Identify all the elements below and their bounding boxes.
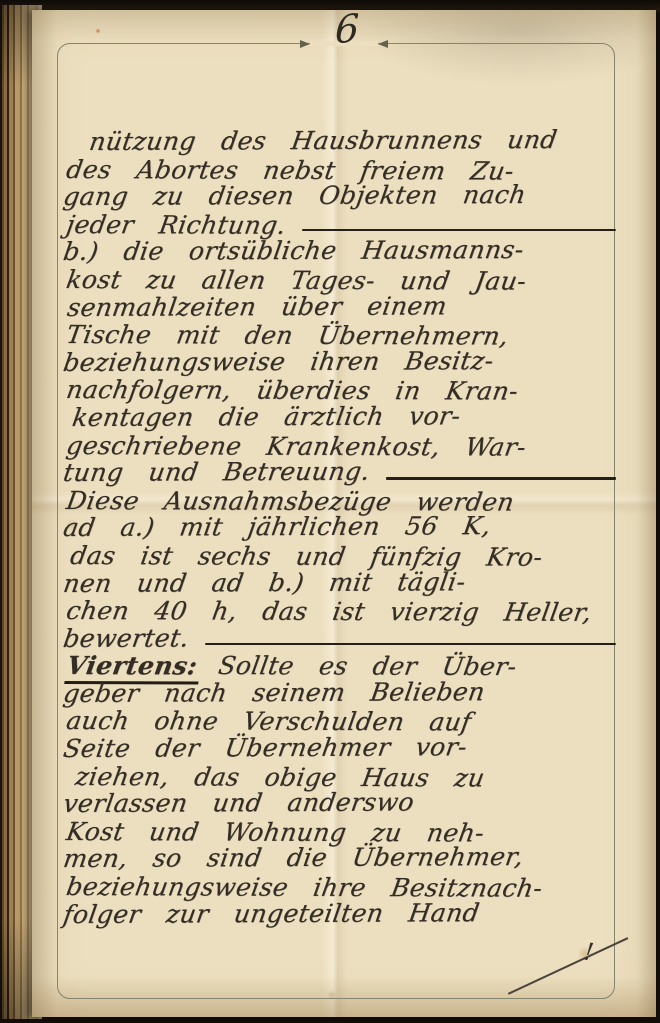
handwritten-line-text: men, so sind die Übernehmer, [61, 843, 525, 873]
handwritten-line-text: ad a.) mit jährlichen 56 K, [61, 512, 492, 541]
handwritten-line: b.) die ortsübliche Hausmanns- [62, 238, 616, 266]
handwritten-line: kentagen die ärztlich vor- [71, 404, 616, 432]
handwritten-line-text: verlassen und anderswo [61, 789, 416, 818]
arrow-right-icon [300, 40, 310, 48]
handwritten-line: jeder Richtung. [65, 211, 616, 239]
handwritten-line: Seite der Übernehmer vor- [62, 735, 616, 763]
handwritten-line-text: kost zu allen Tages- und Jau- [64, 266, 528, 295]
handwritten-line: verlassen und anderswo [62, 790, 616, 818]
manuscript-paper: 6 nützung des Hausbrunnens unddes Aborte… [32, 10, 656, 1017]
handwritten-line-text: folger zur ungeteilten Hand [61, 899, 481, 928]
handwritten-line: auch ohne Verschulden auf [65, 707, 616, 735]
handwritten-line: Diese Ausnahmsbezüge werden [65, 487, 616, 515]
handwritten-line: geber nach seinem Belieben [62, 680, 616, 708]
handwritten-line: des Abortes nebst freiem Zu- [65, 156, 616, 184]
handwritten-line: men, so sind die Übernehmer, [62, 845, 616, 873]
inked-rule [386, 477, 616, 480]
handwritten-line: folger zur ungeteilten Hand [62, 901, 616, 929]
handwritten-line-text: das ist sechs und fünfzig Kro- [68, 542, 544, 571]
handwritten-line: beziehungsweise ihre Besitznach- [65, 873, 616, 901]
page-number: 6 [334, 9, 359, 50]
handwritten-line: tung und Betreuung. [62, 459, 616, 487]
handwritten-line: Tische mit den Übernehmern, [65, 321, 616, 349]
inked-rule [205, 643, 616, 646]
handwritten-line-text: geber nach seinem Belieben [61, 678, 487, 707]
handwritten-line: ad a.) mit jährlichen 56 K, [62, 514, 616, 542]
handwritten-line: bewertet. [62, 625, 616, 653]
handwritten-line: senmahlzeiten über einem [66, 294, 616, 322]
handwritten-line: geschriebene Krankenkost, War- [65, 432, 616, 460]
handwritten-line-text: senmahlzeiten über einem [65, 292, 449, 321]
inked-rule [302, 229, 616, 232]
handwritten-line: ziehen, das obige Haus zu [74, 763, 616, 791]
handwritten-line: das ist sechs und fünfzig Kro- [69, 542, 616, 570]
handwritten-line: beziehungsweise ihren Besitz- [62, 349, 616, 377]
handwritten-line-text: kentagen die ärztlich vor- [70, 402, 462, 431]
handwritten-line: nen und ad b.) mit tägli- [62, 570, 616, 598]
handwritten-line-text: tung und Betreuung. [61, 458, 372, 487]
handwritten-line: nachfolgern, überdies in Kran- [65, 376, 616, 404]
handwritten-line-text: b.) die ortsübliche Hausmanns- [61, 236, 526, 266]
handwritten-line: kost zu allen Tages- und Jau- [65, 266, 616, 294]
handwritten-line-text: nützung des Hausbrunnens und [87, 126, 559, 156]
handwritten-line: Kost und Wohnung zu neh- [65, 818, 616, 846]
handwritten-line-text: beziehungsweise ihren Besitz- [61, 347, 495, 376]
handwritten-line-text: nen und ad b.) mit tägli- [61, 568, 467, 597]
handwritten-line: Viertens:Sollte es der Über- [65, 652, 616, 680]
handwritten-line: chen 40 h, das ist vierzig Heller, [65, 597, 616, 625]
handwritten-line-text: jeder Richtung. [64, 211, 288, 239]
handwritten-line: gang zu diesen Objekten nach [62, 183, 616, 211]
arrow-left-icon [378, 40, 388, 48]
handwritten-line-text: gang zu diesen Objekten nach [61, 181, 528, 211]
handwritten-line: nützung des Hausbrunnens und [88, 128, 616, 156]
handwritten-line-text: Seite der Übernehmer vor- [61, 733, 469, 762]
handwritten-line-text: chen 40 h, das ist vierzig Heller, [64, 597, 594, 626]
handwritten-line-text: bewertet. [61, 624, 191, 652]
scanned-manuscript-page: 6 nützung des Hausbrunnens unddes Aborte… [0, 0, 660, 1023]
handwritten-text: nützung des Hausbrunnens unddes Abortes … [62, 128, 616, 928]
